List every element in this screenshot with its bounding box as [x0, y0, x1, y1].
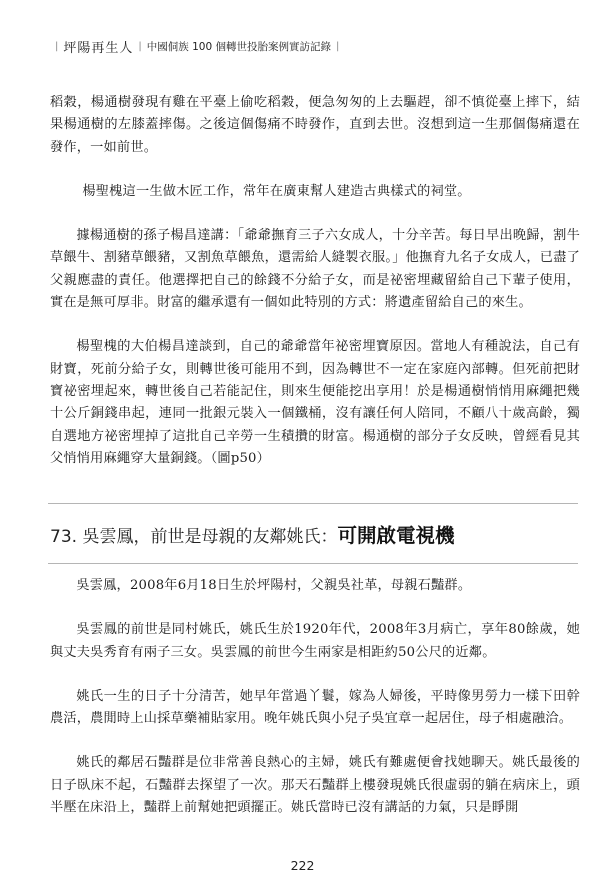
- book-title: 坪陽再生人: [63, 37, 133, 56]
- section-title-emphasis: 可開啟電視機: [337, 524, 454, 547]
- header-separator: |: [138, 41, 141, 52]
- paragraph: 吳雲鳳，2008年6月18日生於坪陽村，父親吳社革，母親石豔群。: [50, 575, 580, 597]
- section-rule-top: [48, 503, 578, 504]
- paragraph: 姚氏一生的日子十分清苦，她早年當過丫鬟，嫁為人婦後，平時像男勞力一樣下田幹農活，…: [50, 686, 580, 731]
- page-number: 222: [0, 858, 605, 873]
- body-text-top: 稻穀，楊通樹發現有雞在平臺上偷吃稻穀，便急匆匆的上去驅趕，卻不慎從臺上摔下，結果…: [56, 92, 580, 470]
- book-subtitle: 中國侗族 100 個轉世投胎案例實訪記錄: [147, 39, 331, 54]
- paragraph: 姚氏的鄰居石豔群是位非常善良熱心的主婦，姚氏有難處便會找她聊天。姚氏最後的日子臥…: [50, 752, 580, 819]
- section-rule-bottom: [48, 563, 578, 564]
- running-header: | 坪陽再生人 | 中國侗族 100 個轉世投胎案例實訪記錄 |: [50, 36, 344, 56]
- section-title: 吳雲鳳，前世是母親的友鄰姚氏：: [82, 527, 337, 547]
- paragraph: 吳雲鳳的前世是同村姚氏，姚氏生於1920年代，2008年3月病亡，享年80餘歲，…: [50, 619, 580, 664]
- body-text-bottom: 吳雲鳳，2008年6月18日生於坪陽村，父親吳社革，母親石豔群。 吳雲鳳的前世是…: [56, 575, 580, 819]
- section-heading: 73. 吳雲鳳，前世是母親的友鄰姚氏：可開啟電視機: [50, 520, 454, 548]
- section-number: 73.: [50, 527, 77, 547]
- paragraph: 據楊通樹的孫子楊昌達講：「爺爺撫育三子六女成人，十分辛苦。每日早出晚歸，割牛草餵…: [50, 225, 580, 314]
- header-separator: |: [336, 41, 339, 52]
- paragraph: 稻穀，楊通樹發現有雞在平臺上偷吃稻穀，便急匆匆的上去驅趕，卻不慎從臺上摔下，結果…: [50, 92, 580, 159]
- paragraph: 楊聖槐這一生做木匠工作，常年在廣東幫人建造古典樣式的祠堂。: [56, 181, 580, 203]
- paragraph: 楊聖槐的大伯楊昌達談到，自己的爺爺當年祕密埋寶原因。當地人有種說法，自己有財寶，…: [50, 336, 580, 470]
- header-separator: |: [55, 41, 58, 52]
